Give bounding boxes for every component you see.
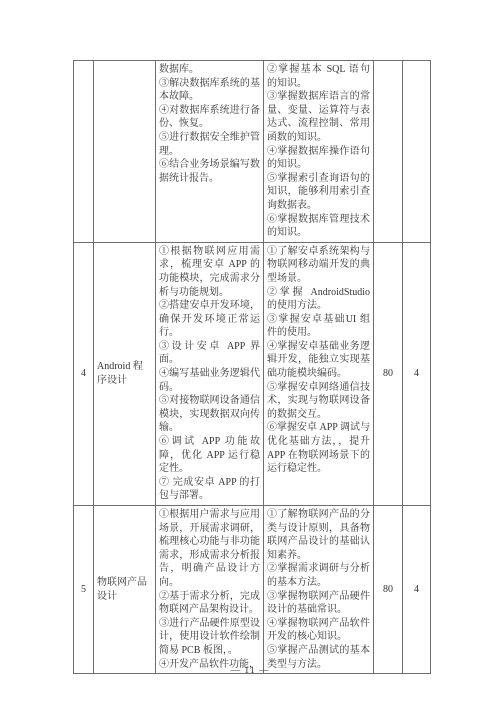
credits-cell [403,61,431,243]
row-index-cell: 4 [74,242,94,505]
row-index-cell: 5 [74,506,94,674]
work-tasks-cell: ①根据用户需求与应用场景，开展需求调研，梳理核心功能与非功能需求，形成需求分析报… [156,506,264,674]
page-number: — 11 — [0,666,500,676]
work-tasks-cell: 数据库。 ③解决数据库系统的基本故障。 ④对数据库系统进行备份、恢复。 ⑤进行数… [156,61,264,243]
table-row: 4 Android 程序设计 ①根据物联网应用需求，梳理安卓 APP 的功能模块… [74,242,431,505]
knowledge-requirements-cell: ②掌握基本 SQL 语句的知识。 ③掌握数据库语言的常量、变量、运算符与表达式、… [264,61,374,243]
knowledge-requirements-cell: ①了解物联网产品的分类与设计原则，具备物联网产品设计的基础认知素养。 ②掌握需求… [264,506,374,674]
hours-cell: 80 [374,242,403,505]
curriculum-table: 数据库。 ③解决数据库系统的基本故障。 ④对数据库系统进行备份、恢复。 ⑤进行数… [73,60,431,674]
course-name-cell: 物联网产品设计 [94,506,156,674]
hours-cell [374,61,403,243]
knowledge-requirements-cell: ①了解安卓系统架构与物联网移动端开发的典型场景。 ②掌握 AndroidStud… [264,242,374,505]
course-name-cell [94,61,156,243]
table-row: 数据库。 ③解决数据库系统的基本故障。 ④对数据库系统进行备份、恢复。 ⑤进行数… [74,61,431,243]
hours-cell: 80 [374,506,403,674]
row-index-cell [74,61,94,243]
credits-cell: 4 [403,242,431,505]
table-row: 5 物联网产品设计 ①根据用户需求与应用场景，开展需求调研，梳理核心功能与非功能… [74,506,431,674]
document-page: 数据库。 ③解决数据库系统的基本故障。 ④对数据库系统进行备份、恢复。 ⑤进行数… [0,0,500,707]
credits-cell: 4 [403,506,431,674]
course-name-cell: Android 程序设计 [94,242,156,505]
work-tasks-cell: ①根据物联网应用需求，梳理安卓 APP 的功能模块，完成需求分析与功能规划。 ②… [156,242,264,505]
